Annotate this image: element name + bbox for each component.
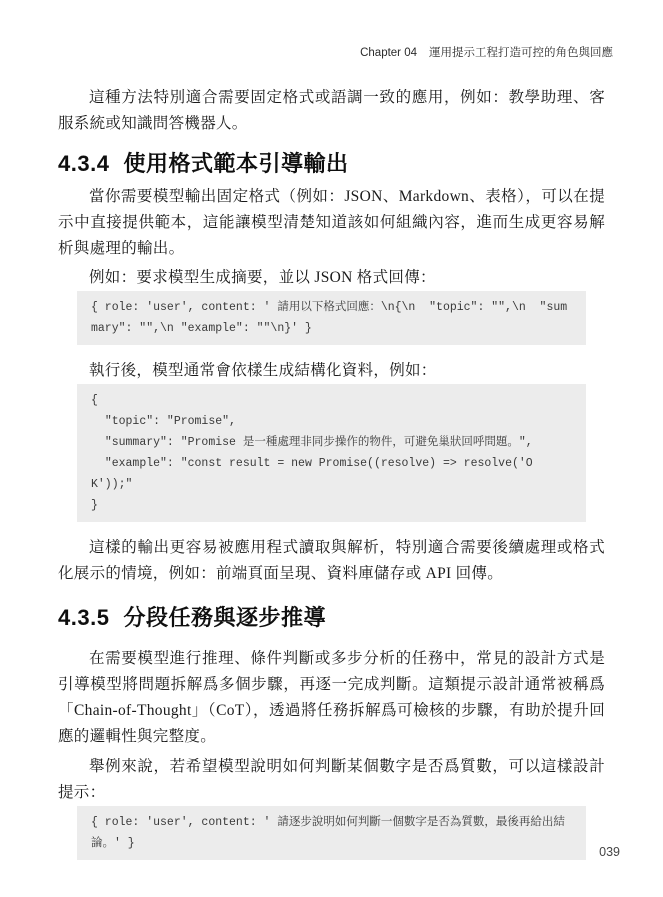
section-heading-4-3-5: 4.3.5分段任務與逐步推導 (58, 603, 605, 633)
code-block-json-output: { "topic": "Promise", "summary": "Promis… (77, 384, 586, 522)
paragraph-benefit: 這樣的輸出更容易被應用程式讀取與解析，特別適合需要後續處理或格式化展示的情境，例… (58, 535, 605, 587)
page-number: 039 (599, 845, 620, 859)
paragraph-result-lead: 執行後，模型通常會依樣生成結構化資料，例如： (58, 358, 605, 384)
code-block-json-template: { role: 'user', content: ' 請用以下格式回應：\n{\… (77, 291, 586, 345)
section-title: 分段任務與逐步推導 (123, 605, 326, 630)
paragraph-example-lead: 例如：要求模型生成摘要，並以 JSON 格式回傳： (58, 265, 605, 291)
paragraph-format-intro: 當你需要模型輸出固定格式（例如：JSON、Markdown、表格），可以在提示中… (58, 184, 605, 262)
section-number: 4.3.4 (58, 151, 109, 176)
section-title: 使用格式範本引導輸出 (123, 151, 348, 176)
section-number: 4.3.5 (58, 605, 109, 630)
paragraph-cot: 在需要模型進行推理、條件判斷或多步分析的任務中，常見的設計方式是引導模型將問題拆… (58, 646, 605, 750)
section-heading-4-3-4: 4.3.4使用格式範本引導輸出 (58, 149, 605, 179)
paragraph-prime-lead: 舉例來說，若希望模型說明如何判斷某個數字是否爲質數，可以這樣設計提示： (58, 754, 605, 806)
code-block-cot-prompt: { role: 'user', content: ' 請逐步說明如何判斷一個數字… (77, 806, 586, 860)
page-content: 這種方法特別適合需要固定格式或語調一致的應用，例如：教學助理、客服系統或知識問答… (58, 57, 605, 860)
intro-paragraph: 這種方法特別適合需要固定格式或語調一致的應用，例如：教學助理、客服系統或知識問答… (58, 85, 605, 137)
